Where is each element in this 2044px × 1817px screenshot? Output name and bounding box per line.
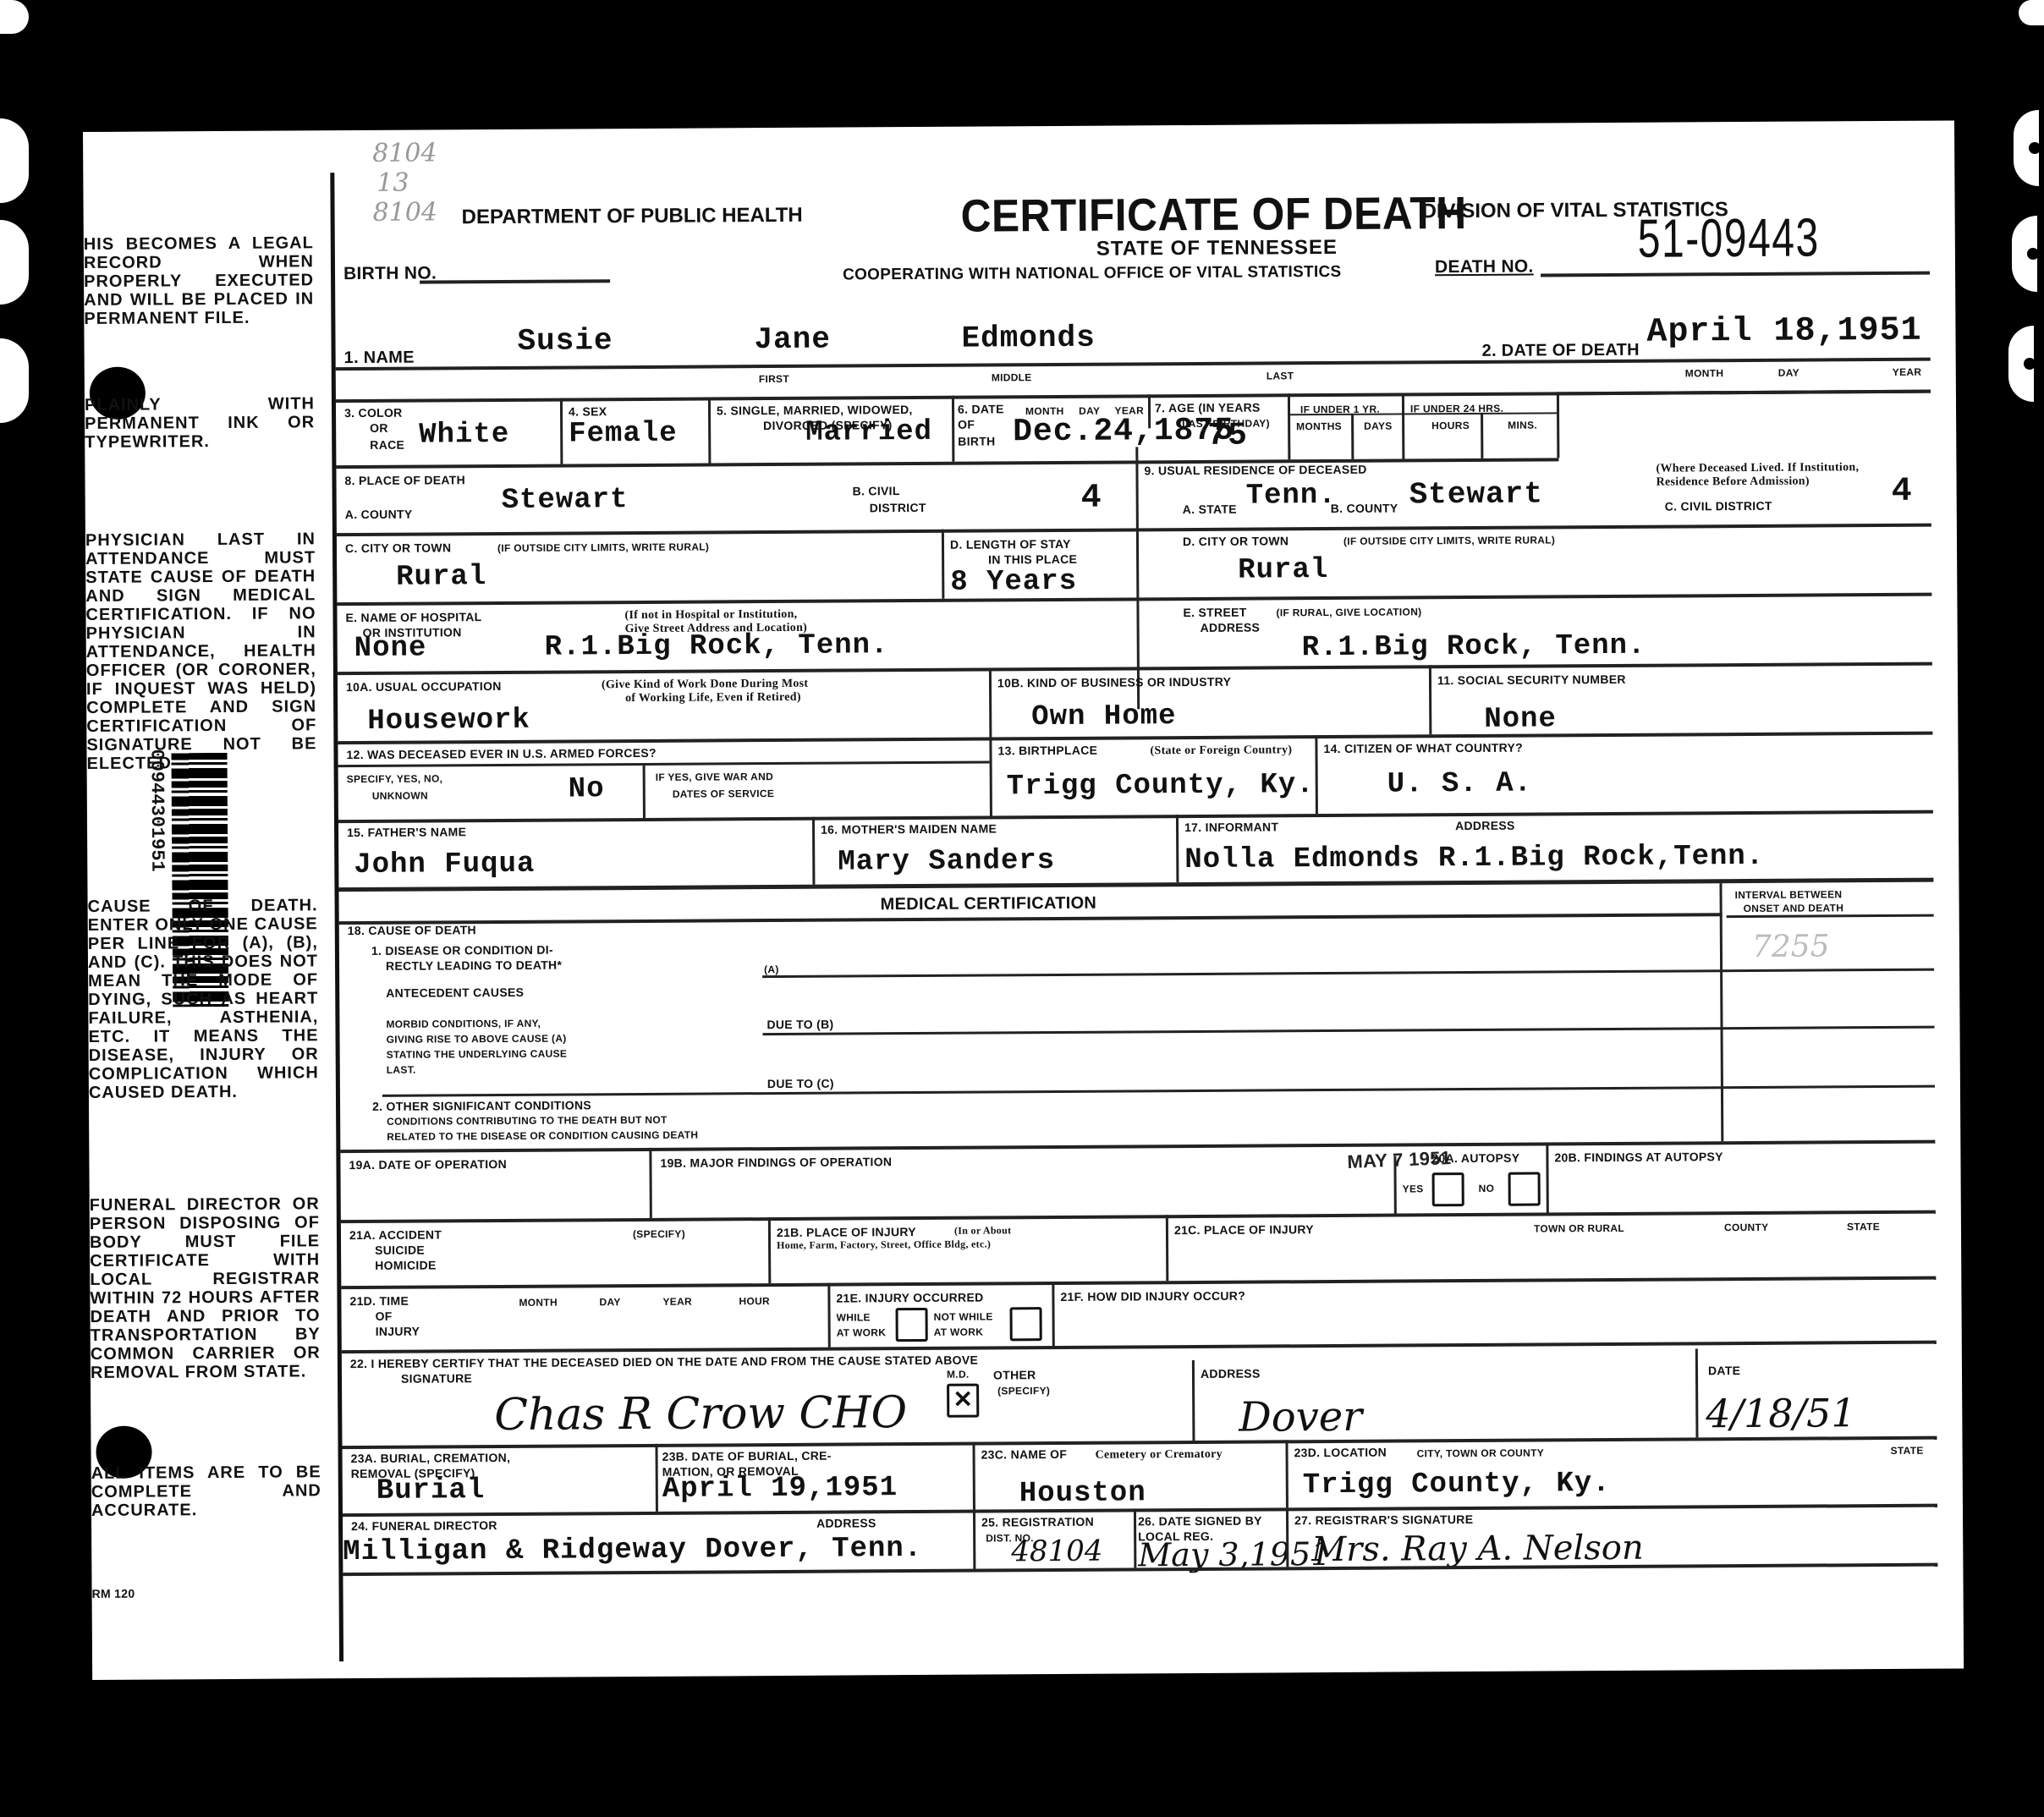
occupation-note-2: of Working Life, Even if Retired) — [625, 691, 801, 705]
instruction-physician: Physician last in attendance must state … — [85, 530, 317, 773]
pencil-note: 8104 — [372, 197, 437, 227]
divider — [338, 760, 990, 767]
time-hour-col: HOUR — [739, 1295, 770, 1307]
film-sprocket-hole — [2008, 326, 2034, 402]
cause-line-c[interactable] — [382, 1085, 1935, 1097]
registrar-label: 27. REGISTRAR'S SIGNATURE — [1294, 1512, 1473, 1527]
residence-note: (Where Deceased Lived. If Institution, — [1656, 461, 1859, 475]
death-certificate-sheet: His becomes a legal record when properly… — [83, 120, 1964, 1679]
state-col: STATE — [1847, 1221, 1880, 1232]
burial-location-state-col: STATE — [1891, 1445, 1924, 1457]
cause-direct-label-2: RECTLY LEADING TO DEATH* — [386, 958, 562, 973]
funeral-director-label: 24. FUNERAL DIRECTOR — [351, 1518, 497, 1533]
residence-note-2: Residence Before Admission) — [1657, 475, 1810, 490]
divider — [1052, 1282, 1054, 1346]
length-of-stay-label: D. LENGTH OF STAY — [950, 537, 1071, 552]
time-injury-label-2: OF — [376, 1309, 393, 1323]
dob-label: 6. DATE — [958, 402, 1004, 415]
divider — [1481, 413, 1483, 458]
autopsy-no-label: NO — [1479, 1183, 1495, 1194]
certifier-address-label: ADDRESS — [1201, 1367, 1261, 1381]
color-value: White — [419, 419, 509, 452]
hospital-label: E. NAME OF HOSPITAL — [345, 610, 481, 624]
divider — [337, 593, 1931, 607]
res-city-label: D. CITY OR TOWN — [1183, 534, 1288, 548]
name-label: 1. NAME — [344, 349, 415, 369]
other-conditions-note: CONDITIONS CONTRIBUTING TO THE DEATH BUT… — [387, 1114, 668, 1128]
divider — [655, 1444, 657, 1512]
divider — [1727, 914, 1934, 918]
residence-label: 9. USUAL RESIDENCE OF DECEASED — [1144, 463, 1366, 478]
burial-method-value: Burial — [376, 1474, 486, 1507]
cause-line-b[interactable] — [763, 1026, 1935, 1035]
autopsy-yes-label: YES — [1403, 1183, 1424, 1194]
film-sprocket-hole — [0, 0, 29, 34]
accident-specify: (SPECIFY) — [633, 1228, 685, 1240]
cause-direct-label: 1. DISEASE OR CONDITION DI- — [371, 943, 553, 958]
divider — [339, 913, 1723, 925]
divider — [338, 732, 1932, 745]
morbid-label-4: LAST. — [387, 1064, 416, 1076]
res-city-note: (IF OUTSIDE CITY LIMITS, WRITE RURAL) — [1343, 534, 1555, 547]
informant-value: Nolla Edmonds R.1.Big Rock,Tenn. — [1184, 841, 1764, 876]
divider — [338, 810, 1933, 824]
certification-statement: 22. I HEREBY CERTIFY THAT THE DECEASED D… — [350, 1353, 978, 1371]
homicide-label: HOMICIDE — [375, 1258, 437, 1271]
hospital-note: (If not in Hospital or Institution, — [624, 608, 797, 623]
burial-location-label: 23D. LOCATION — [1294, 1446, 1387, 1460]
film-sprocket-hole — [0, 118, 29, 203]
time-injury-label: 21D. TIME — [349, 1294, 409, 1308]
md-label: M.D. — [947, 1369, 970, 1381]
burial-date-value: April 19,1951 — [662, 1472, 898, 1506]
birthplace-note: (State or Foreign Country) — [1150, 744, 1292, 758]
divider — [1285, 1440, 1288, 1507]
suicide-label: SUICIDE — [375, 1243, 425, 1257]
res-district-value: 4 — [1892, 473, 1913, 511]
cause-line-b-label: DUE TO (B) — [766, 1018, 833, 1031]
divider — [1351, 414, 1354, 459]
time-day-col: DAY — [599, 1296, 620, 1308]
divider — [1557, 392, 1559, 458]
other-conditions-note-2: RELATED TO THE DISEASE OR CONDITION CAUS… — [387, 1129, 698, 1143]
divider — [336, 458, 1558, 469]
divider — [1286, 1507, 1288, 1567]
street-label-2: ADDRESS — [1201, 621, 1261, 634]
street-label: E. STREET — [1183, 606, 1246, 619]
divider — [338, 878, 1933, 892]
place-injury-label: 21B. PLACE OF INJURY — [777, 1225, 916, 1239]
color-label: 3. COLOR — [344, 406, 403, 420]
instruction-ink: Plainly with permanent ink or typewriter… — [85, 394, 315, 452]
divider — [1134, 1508, 1136, 1567]
autopsy-findings-label: 20B. FINDINGS AT AUTOPSY — [1554, 1150, 1723, 1164]
divider — [989, 667, 992, 815]
state-label: STATE OF TENNESSEE — [1096, 236, 1338, 261]
divider — [952, 396, 954, 462]
occupation-value: Housework — [367, 705, 530, 738]
res-state-value: Tenn. — [1246, 480, 1337, 513]
industry-value: Own Home — [1031, 700, 1176, 733]
cause-line-a-label: (A) — [764, 963, 779, 975]
industry-label: 10B. KIND OF BUSINESS OR INDUSTRY — [997, 675, 1231, 690]
birthplace-value: Trigg County, Ky. — [1007, 769, 1315, 803]
year-sub: YEAR — [1893, 366, 1922, 378]
divider — [649, 1148, 652, 1218]
divider — [1695, 1348, 1699, 1437]
occupation-note: (Give Kind of Work Done During Most — [602, 678, 808, 692]
time-injury-label-3: INJURY — [376, 1325, 420, 1338]
divider — [1402, 392, 1404, 458]
first-sub: FIRST — [759, 373, 789, 385]
divider — [341, 1276, 1936, 1290]
cause-of-death-label: 18. CAUSE OF DEATH — [348, 923, 476, 937]
time-year-col: YEAR — [662, 1296, 692, 1308]
divider — [341, 1210, 1936, 1224]
instruction-funeral: Funeral director or person disposing of … — [90, 1194, 321, 1382]
instruction-legal-record: His becomes a legal record when properly… — [84, 233, 315, 328]
while-at-work-checkbox[interactable] — [896, 1308, 928, 1342]
age-label: 7. AGE (IN YEARS — [1155, 401, 1261, 415]
other-label: OTHER — [993, 1368, 1036, 1381]
armed-forces-value: No — [569, 773, 605, 805]
registrar-signature: Mrs. Ray A. Nelson — [1311, 1529, 1644, 1569]
informant-address-label: ADDRESS — [1455, 819, 1515, 832]
reg-district-value: 48104 — [1011, 1534, 1102, 1569]
last-sub: LAST — [1267, 370, 1294, 382]
divider — [942, 530, 945, 599]
county-value: Stewart — [502, 484, 629, 517]
divider — [1192, 1360, 1195, 1441]
mother-value: Mary Sanders — [838, 845, 1055, 879]
sex-label: 4. SEX — [569, 404, 607, 418]
signature-label: SIGNATURE — [401, 1371, 472, 1386]
day-sub: DAY — [1778, 367, 1799, 379]
not-while-label: NOT WHILE — [934, 1310, 993, 1322]
city-value: Rural — [396, 561, 486, 594]
film-sprocket-hole — [0, 220, 29, 305]
place-injury-c-label: 21C. PLACE OF INJURY — [1174, 1222, 1314, 1237]
middle-sub: MIDDLE — [992, 371, 1032, 383]
month-sub: MONTH — [1685, 367, 1724, 379]
death-number: 51-09443 — [1638, 206, 1820, 269]
instruction-complete: All items are to be complete and accurat… — [91, 1463, 321, 1520]
burial-location-note: CITY, TOWN OR COUNTY — [1417, 1446, 1545, 1459]
morbid-label-2: GIVING RISE TO ABOVE CAUSE (A) — [387, 1033, 567, 1046]
interval-label: INTERVAL BETWEEN — [1735, 888, 1843, 901]
county-col: COUNTY — [1724, 1221, 1769, 1233]
birthplace-label: 13. BIRTHPLACE — [997, 744, 1097, 758]
film-sprocket-hole — [2012, 216, 2037, 292]
autopsy-yes-checkbox[interactable] — [1432, 1172, 1464, 1206]
divider — [1176, 815, 1179, 882]
divider — [812, 817, 815, 885]
medical-certification-heading: MEDICAL CERTIFICATION — [881, 894, 1097, 915]
divider — [708, 397, 711, 463]
name-last: Edmonds — [961, 321, 1095, 356]
hospital-address-value: R.1.Big Rock, Tenn. — [545, 629, 889, 663]
other-specify-label: (SPECIFY) — [997, 1385, 1050, 1397]
interval-pencil-note: 7255 — [1752, 929, 1830, 964]
res-county-label: B. COUNTY — [1331, 502, 1398, 515]
divider — [643, 763, 646, 818]
armed-forces-label: 12. WAS DECEASED EVER IN U.S. ARMED FORC… — [346, 746, 656, 761]
divider — [972, 1442, 975, 1510]
marital-value: Married — [805, 416, 932, 449]
armed-forces-sub-2: UNKNOWN — [372, 790, 428, 802]
cemetery-value: Houston — [1019, 1477, 1146, 1510]
certificate-title: CERTIFICATE OF DEATH — [960, 187, 1466, 243]
funeral-address-label: ADDRESS — [816, 1516, 876, 1529]
mother-label: 16. MOTHER'S MAIDEN NAME — [821, 821, 997, 836]
divider — [1558, 390, 1931, 396]
divider — [337, 524, 1931, 537]
city-note: (IF OUTSIDE CITY LIMITS, WRITE RURAL) — [497, 541, 709, 554]
ssn-value: None — [1484, 703, 1557, 736]
divider — [560, 398, 563, 464]
death-no-line — [1541, 272, 1930, 277]
cause-line-a[interactable] — [762, 969, 1934, 978]
barcode-number: 00944301951 — [146, 749, 168, 871]
war-label-2: DATES OF SERVICE — [673, 788, 774, 800]
months-label: MONTHS — [1296, 420, 1342, 432]
how-injury-label: 21F. HOW DID INJURY OCCUR? — [1060, 1289, 1245, 1304]
date-of-death-label: 2. DATE OF DEATH — [1482, 341, 1640, 361]
burial-date-label: 23B. DATE OF BURIAL, CRE- — [662, 1449, 832, 1463]
burial-location-value: Trigg County, Ky. — [1303, 1468, 1611, 1501]
marital-label: 5. SINGLE, MARRIED, WIDOWED, — [717, 403, 913, 417]
injury-occurred-label: 21E. INJURY OCCURRED — [836, 1291, 983, 1305]
birth-no-line — [420, 279, 610, 283]
certifier-date: 4/18/51 — [1706, 1390, 1856, 1436]
dob-label-birth: BIRTH — [958, 434, 995, 447]
other-conditions-label: 2. OTHER SIGNIFICANT CONDITIONS — [372, 1098, 591, 1113]
civil-district-label-2: DISTRICT — [870, 501, 926, 514]
father-label: 15. FATHER'S NAME — [347, 825, 466, 839]
certificate-form: 8104 13 8104 DEPARTMENT OF PUBLIC HEALTH… — [330, 163, 1942, 1662]
burial-method-label: 23A. BURIAL, CREMATION, — [351, 1451, 511, 1465]
md-checkbox[interactable]: ✕ — [947, 1384, 979, 1418]
autopsy-label: 20A. AUTOPSY — [1431, 1151, 1519, 1166]
divider — [1315, 735, 1318, 814]
place-of-death-label: 8. PLACE OF DEATH — [344, 473, 465, 487]
citizen-value: U. S. A. — [1387, 768, 1532, 801]
while-work-label-2: AT WORK — [837, 1326, 887, 1338]
dob-label-of: OF — [958, 418, 975, 431]
autopsy-no-checkbox[interactable] — [1508, 1172, 1541, 1206]
name-middle: Jane — [754, 322, 831, 358]
sex-value: Female — [569, 418, 678, 451]
cemetery-label: 23C. NAME OF — [981, 1447, 1068, 1462]
divider — [1288, 393, 1290, 459]
civil-district-label: B. CIVIL — [853, 484, 900, 497]
place-injury-note: (In or About — [954, 1224, 1011, 1237]
length-of-stay-label-2: IN THIS PLACE — [988, 552, 1077, 567]
date-of-death: April 18,1951 — [1646, 312, 1921, 352]
divider — [768, 1217, 771, 1283]
city-label: C. CITY OR TOWN — [345, 541, 451, 555]
divider — [1429, 665, 1432, 734]
res-county-value: Stewart — [1409, 476, 1543, 512]
hospital-value: None — [354, 633, 427, 666]
divider — [827, 1283, 830, 1348]
color-label-or: OR — [370, 421, 388, 435]
not-while-label-2: AT WORK — [934, 1326, 984, 1338]
divider — [1166, 1215, 1168, 1281]
morbid-label-3: STATING THE UNDERLYING CAUSE — [387, 1048, 568, 1061]
while-work-label: WHILE — [837, 1311, 871, 1323]
funeral-director-value: Milligan & Ridgeway Dover, Tenn. — [343, 1533, 922, 1568]
town-rural-col: TOWN OR RURAL — [1534, 1222, 1624, 1235]
operation-date-label: 19A. DATE OF OPERATION — [349, 1157, 507, 1172]
armed-forces-sub: SPECIFY, YES, NO, — [347, 772, 443, 785]
street-value: R.1.Big Rock, Tenn. — [1302, 630, 1646, 664]
father-value: John Fuqua — [354, 848, 535, 881]
civil-district-value: 4 — [1081, 480, 1102, 518]
film-sprocket-hole — [0, 338, 29, 423]
informant-label: 17. INFORMANT — [1184, 820, 1278, 834]
age-value: 75 — [1207, 418, 1248, 454]
war-label: IF YES, GIVE WAR AND — [656, 771, 773, 783]
days-label: DAYS — [1364, 420, 1393, 432]
film-sprocket-hole — [2014, 110, 2039, 186]
margin-instructions: His becomes a legal record when properly… — [83, 130, 338, 1680]
antecedent-label: ANTECEDENT CAUSES — [386, 985, 524, 1000]
divider — [973, 1510, 975, 1569]
street-note: (IF RURAL, GIVE LOCATION) — [1276, 606, 1421, 618]
date-signed-label: 26. DATE SIGNED BY — [1138, 1514, 1262, 1529]
hours-label: HOURS — [1431, 420, 1470, 431]
form-number: RM 120 — [92, 1587, 135, 1600]
reg-district-label: 25. REGISTRATION — [981, 1515, 1094, 1529]
interval-label-2: ONSET AND DEATH — [1744, 902, 1844, 914]
accident-label: 21A. ACCIDENT — [349, 1227, 442, 1242]
cooperating-label: COOPERATING WITH NATIONAL OFFICE OF VITA… — [843, 263, 1342, 285]
physician-signature: Chas R Crow CHO — [494, 1387, 907, 1441]
operation-findings-label: 19B. MAJOR FINDINGS OF OPERATION — [660, 1155, 892, 1170]
department-label: DEPARTMENT OF PUBLIC HEALTH — [462, 204, 803, 229]
morbid-label: MORBID CONDITIONS, IF ANY, — [386, 1018, 541, 1030]
cemetery-note: Cemetery or Crematory — [1096, 1448, 1223, 1463]
citizen-label: 14. CITIZEN OF WHAT COUNTRY? — [1323, 741, 1523, 755]
res-city-value: Rural — [1238, 554, 1328, 587]
length-of-stay-value: 8 Years — [950, 566, 1077, 599]
divider — [1393, 1156, 1396, 1214]
name-first: Susie — [517, 323, 613, 359]
occupation-label: 10A. USUAL OCCUPATION — [346, 679, 502, 694]
not-while-at-work-checkbox[interactable] — [1010, 1307, 1042, 1341]
film-sprocket-hole — [2019, 0, 2044, 25]
certifier-address: Dover — [1239, 1393, 1362, 1441]
res-state-label: A. STATE — [1183, 502, 1237, 516]
instruction-cause: Cause of death. Enter only one cause per… — [88, 896, 319, 1102]
divider — [1546, 1142, 1549, 1212]
res-district-label: C. CIVIL DISTRICT — [1665, 499, 1772, 513]
color-label-race: RACE — [370, 438, 404, 452]
cause-line-c-label: DUE TO (C) — [767, 1077, 834, 1090]
ssn-label: 11. SOCIAL SECURITY NUMBER — [1437, 672, 1626, 687]
certifier-date-label: DATE — [1708, 1364, 1740, 1377]
time-month-col: MONTH — [519, 1297, 558, 1309]
divider — [1148, 394, 1151, 428]
pencil-note: 13 — [376, 168, 409, 198]
divider — [1719, 883, 1723, 1141]
death-no-label: DEATH NO. — [1435, 257, 1534, 278]
pencil-note: 8104 — [372, 138, 437, 167]
county-label: A. COUNTY — [345, 508, 413, 521]
mins-label: MINS. — [1508, 420, 1537, 431]
divider — [338, 662, 1932, 676]
place-injury-note-2: Home, Farm, Factory, Street, Office Bldg… — [777, 1238, 991, 1252]
